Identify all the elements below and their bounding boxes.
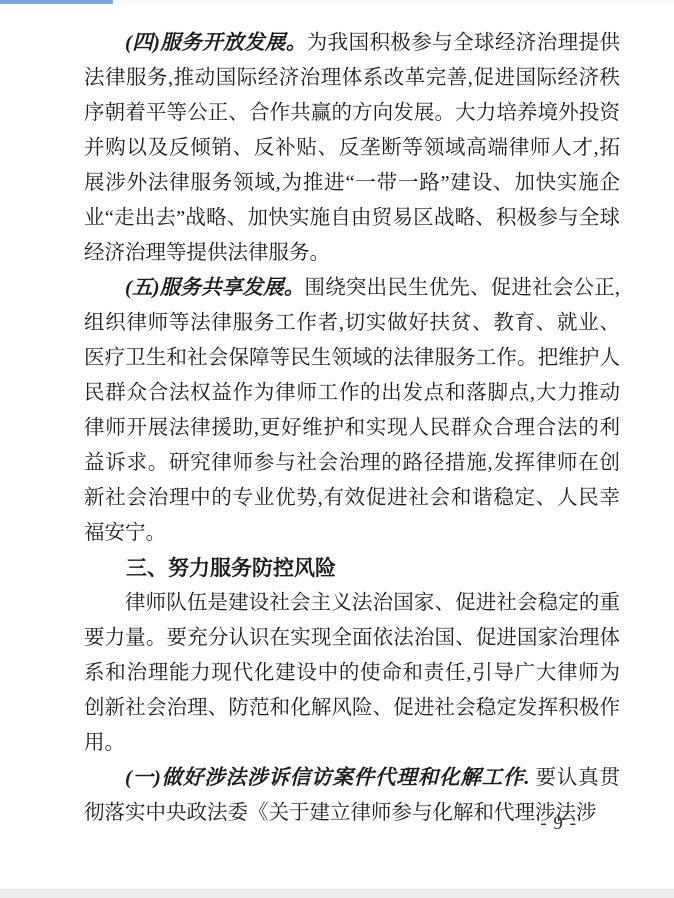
paragraph-lead: (一)做好涉法涉诉信访案件代理和化解工作. bbox=[125, 767, 530, 789]
page-bottom-edge bbox=[0, 889, 674, 898]
paragraph-text: 围绕突出民生优先、促进社会公正,组织律师等法律服务工作者,切实做好扶贫、教育、就… bbox=[84, 277, 620, 544]
paragraph-text: 为我国积极参与全球经济治理提供法律服务,推动国际经济治理体系改革完善,促进国际经… bbox=[84, 32, 620, 264]
document-page: (四)服务开放发展。为我国积极参与全球经济治理提供法律服务,推动国际经济治理体系… bbox=[84, 26, 620, 831]
loading-bar-progress bbox=[0, 0, 113, 4]
page-number: - 9 - bbox=[540, 812, 577, 836]
paragraph-lead: (四)服务开放发展。 bbox=[125, 32, 307, 54]
document-viewer: (四)服务开放发展。为我国积极参与全球经济治理提供法律服务,推动国际经济治理体系… bbox=[0, 0, 674, 898]
paragraph: (四)服务开放发展。为我国积极参与全球经济治理提供法律服务,推动国际经济治理体系… bbox=[84, 26, 620, 271]
paragraph-text: 律师队伍是建设社会主义法治国家、促进社会稳定的重要力量。要充分认识在实现全面依法… bbox=[84, 592, 620, 754]
loading-bar-track bbox=[0, 0, 674, 4]
paragraph-lead: (五)服务共享发展。 bbox=[125, 277, 305, 299]
paragraph: (五)服务共享发展。围绕突出民生优先、促进社会公正,组织律师等法律服务工作者,切… bbox=[84, 271, 620, 551]
paragraph: 律师队伍是建设社会主义法治国家、促进社会稳定的重要力量。要充分认识在实现全面依法… bbox=[84, 586, 620, 761]
section-heading: 三、努力服务防控风险 bbox=[84, 551, 620, 586]
